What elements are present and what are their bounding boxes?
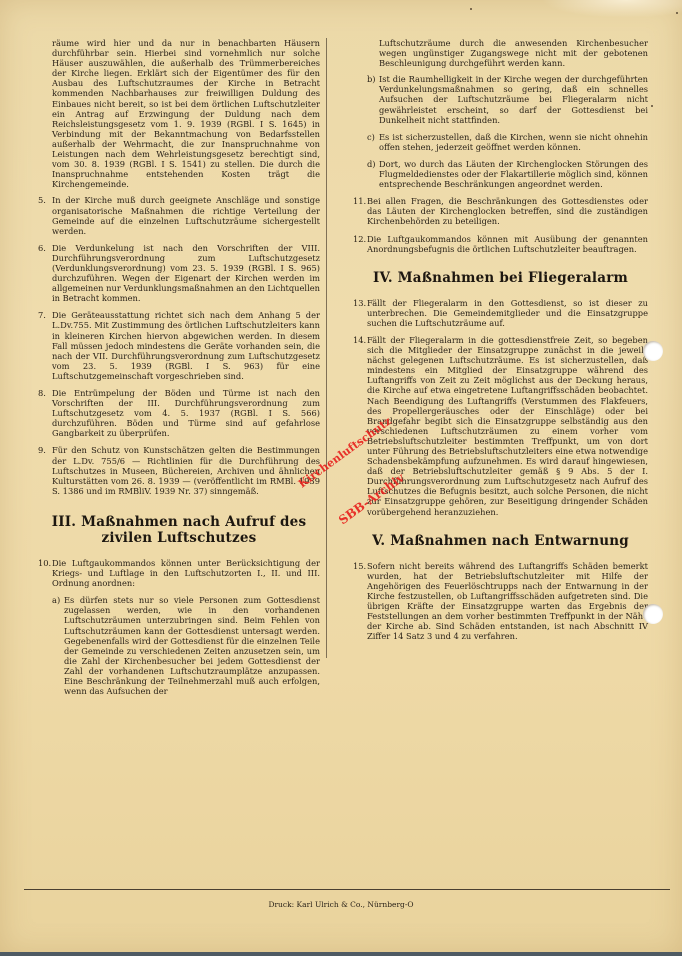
list-item: 6. Die Verdunkelung ist nach den Vorschr… bbox=[38, 243, 320, 304]
footer-rule bbox=[24, 889, 670, 890]
document-page: räume wird hier und da nur in benachbart… bbox=[0, 0, 682, 955]
section-heading-4: IV. Maßnahmen bei Fliegeralarm bbox=[353, 270, 648, 286]
list-item: 14. Fällt der Fliegeralarm in die gottes… bbox=[353, 335, 648, 517]
scan-bottom-edge bbox=[0, 952, 682, 956]
section-heading-5: V. Maßnahmen nach Entwarnung bbox=[353, 533, 648, 549]
section-heading-3-line1: III. Maßnahmen nach Aufruf des bbox=[38, 514, 320, 530]
sub-item: c) Es ist sicherzustellen, daß die Kirch… bbox=[353, 132, 648, 152]
item-text: Die Entrümpelung der Böden und Türme ist… bbox=[52, 388, 320, 438]
sub-item-text: Es dürfen stets nur so viele Personen zu… bbox=[64, 595, 320, 696]
item-number: 14. bbox=[353, 335, 367, 517]
left-column: räume wird hier und da nur in benachbart… bbox=[38, 38, 320, 703]
list-item: 15. Sofern nicht bereits während des Luf… bbox=[353, 561, 648, 642]
item-text: Fällt der Fliegeralarm in die gottesdien… bbox=[367, 335, 648, 517]
punch-hole bbox=[643, 341, 663, 361]
printer-imprint: Druck: Karl Ulrich & Co., Nürnberg-O bbox=[0, 900, 682, 909]
section-heading-3: III. Maßnahmen nach Aufruf des zivilen L… bbox=[38, 514, 320, 546]
right-column: Luftschutzräume durch die anwesenden Kir… bbox=[353, 38, 648, 648]
list-item: 7. Die Geräteausstattung richtet sich na… bbox=[38, 310, 320, 381]
continuation-paragraph: Luftschutzräume durch die anwesenden Kir… bbox=[353, 38, 648, 68]
section-heading-3-line2: zivilen Luftschutzes bbox=[38, 530, 320, 546]
item-text: Bei allen Fragen, die Beschränkungen des… bbox=[367, 196, 648, 226]
sub-item: a) Es dürfen stets nur so viele Personen… bbox=[38, 595, 320, 696]
item-number: 15. bbox=[353, 561, 367, 642]
list-item: 12. Die Luftgaukommandos können mit Ausü… bbox=[353, 234, 648, 254]
sub-item-label: d) bbox=[367, 159, 379, 189]
item-text: In der Kirche muß durch geeignete Anschl… bbox=[52, 195, 320, 235]
list-item: 5. In der Kirche muß durch geeignete Ans… bbox=[38, 195, 320, 235]
item-text: Sofern nicht bereits während des Luftang… bbox=[367, 561, 648, 642]
sub-item-text: Ist die Raumhelligkeit in der Kirche weg… bbox=[379, 74, 648, 124]
sub-item-text: Es ist sicherzustellen, daß die Kirchen,… bbox=[379, 132, 648, 152]
item-number: 9. bbox=[38, 445, 52, 495]
item-text: Die Geräteausstattung richtet sich nach … bbox=[52, 310, 320, 381]
intro-paragraph: räume wird hier und da nur in benachbart… bbox=[38, 38, 320, 189]
item-text: Die Luftgaukommandos können unter Berück… bbox=[52, 558, 320, 588]
item-number: 5. bbox=[38, 195, 52, 235]
item-number: 11. bbox=[353, 196, 367, 226]
sub-item-text: Dort, wo durch das Läuten der Kirchenglo… bbox=[379, 159, 648, 189]
list-item: 11. Bei allen Fragen, die Beschränkungen… bbox=[353, 196, 648, 226]
list-item: 10. Die Luftgaukommandos können unter Be… bbox=[38, 558, 320, 588]
item-text: Die Luftgaukommandos können mit Ausübung… bbox=[367, 234, 648, 254]
sub-item: d) Dort, wo durch das Läuten der Kirchen… bbox=[353, 159, 648, 189]
item-number: 7. bbox=[38, 310, 52, 381]
sub-item-label: a) bbox=[52, 595, 64, 696]
item-number: 8. bbox=[38, 388, 52, 438]
column-divider bbox=[326, 38, 327, 658]
sub-item: b) Ist die Raumhelligkeit in der Kirche … bbox=[353, 74, 648, 124]
paper-speck bbox=[470, 8, 472, 10]
list-item: 8. Die Entrümpelung der Böden und Türme … bbox=[38, 388, 320, 438]
sub-item-label: b) bbox=[367, 74, 379, 124]
punch-hole bbox=[643, 604, 663, 624]
item-number: 6. bbox=[38, 243, 52, 304]
paper-speck bbox=[676, 12, 678, 14]
item-text: Für den Schutz von Kunstschätzen gelten … bbox=[52, 445, 320, 495]
list-item: 13. Fällt der Fliegeralarm in den Gottes… bbox=[353, 298, 648, 328]
item-text: Fällt der Fliegeralarm in den Gottesdien… bbox=[367, 298, 648, 328]
item-text: Die Verdunkelung ist nach den Vorschrift… bbox=[52, 243, 320, 304]
list-item: 9. Für den Schutz von Kunstschätzen gelt… bbox=[38, 445, 320, 495]
sub-item-label: c) bbox=[367, 132, 379, 152]
item-number: 13. bbox=[353, 298, 367, 328]
paper-speck bbox=[651, 105, 653, 107]
item-number: 12. bbox=[353, 234, 367, 254]
item-number: 10. bbox=[38, 558, 52, 588]
